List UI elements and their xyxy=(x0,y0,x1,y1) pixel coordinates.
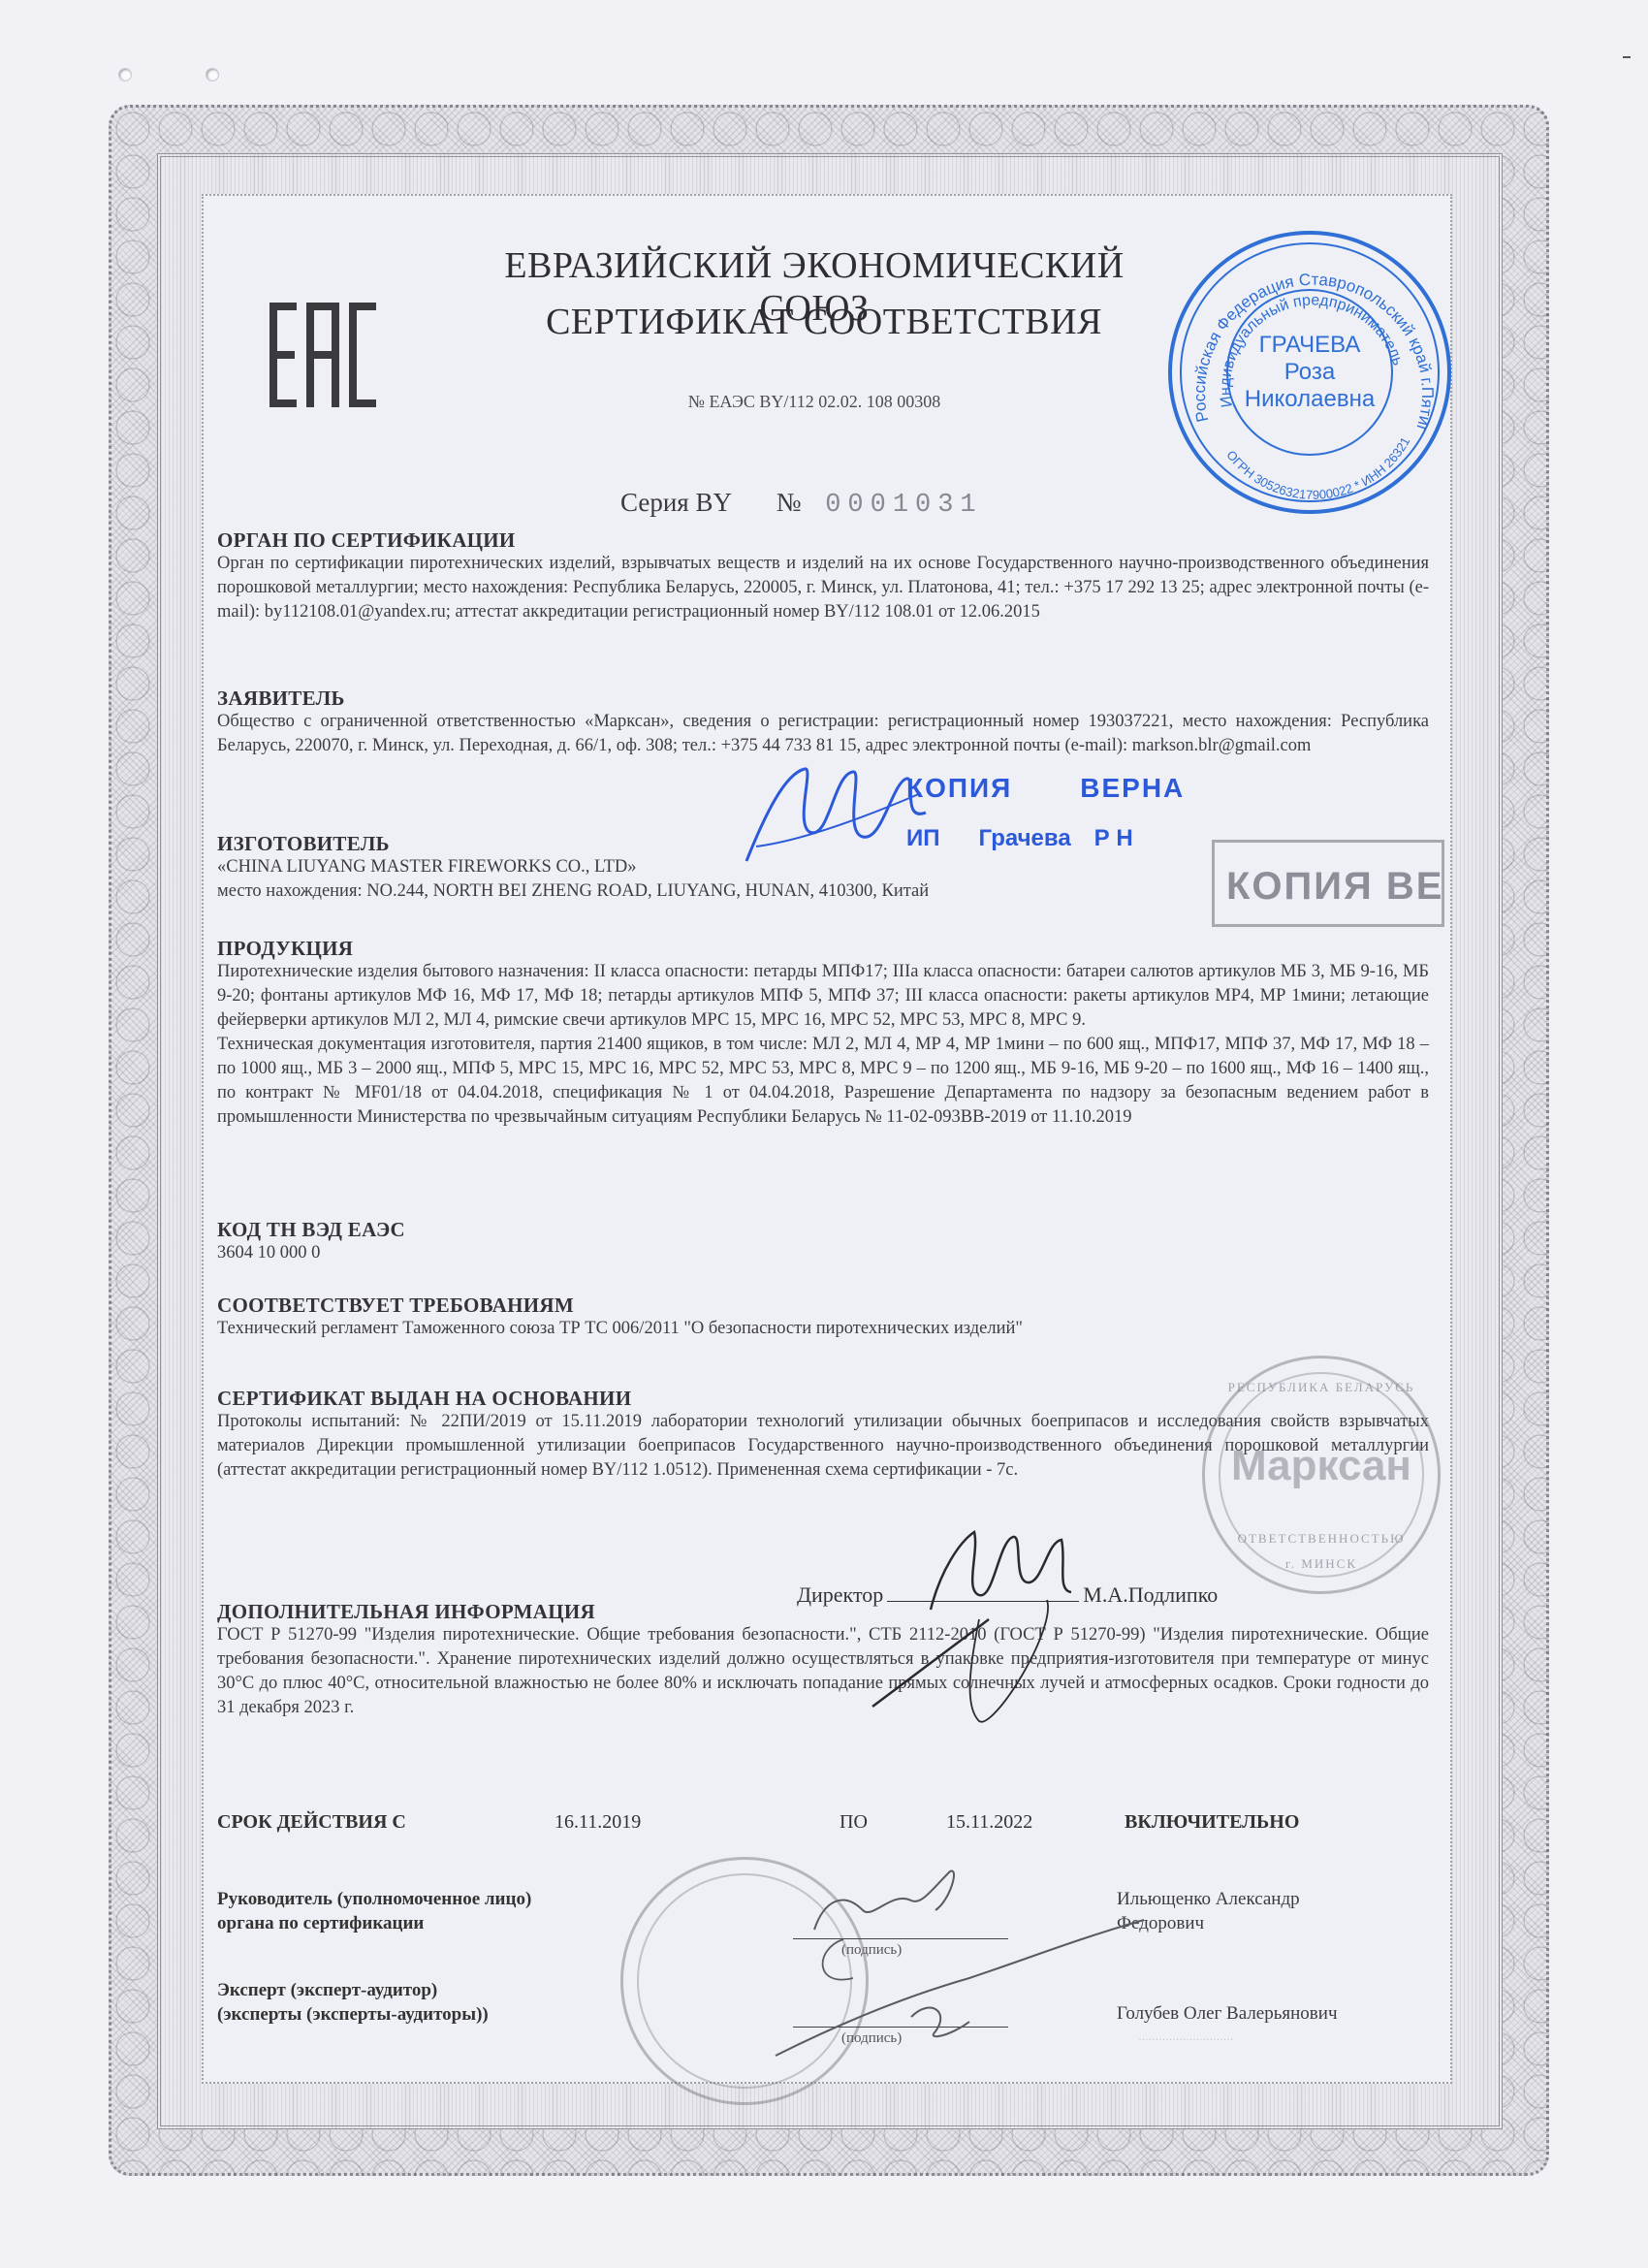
section-title: ОРГАН ПО СЕРТИФИКАЦИИ xyxy=(217,528,1429,552)
certified-word: ВЕРНА xyxy=(1080,773,1185,803)
ip-round-stamp: Российская Федерация Ставропольский край… xyxy=(1168,231,1451,514)
head-label-line1: Руководитель (уполномоченное лицо) xyxy=(217,1887,531,1911)
certificate-number: № ЕАЭС BY/112 02.02. 108 00308 xyxy=(601,392,1028,412)
head-label-line2: органа по сертификации xyxy=(217,1911,531,1935)
validity-from: 16.11.2019 xyxy=(555,1811,641,1834)
stamp-top-text: РЕСПУБЛИКА БЕЛАРУСЬ xyxy=(1205,1380,1438,1395)
stamp-center-name: ГРАЧЕВА Роза Николаевна xyxy=(1172,332,1447,413)
punch-hole-left xyxy=(118,68,132,81)
punch-hole-right xyxy=(206,68,219,81)
section-title: ДОПОЛНИТЕЛЬНАЯ ИНФОРМАЦИЯ xyxy=(217,1600,1429,1623)
stamp-surname: ГРАЧЕВА xyxy=(1172,332,1447,359)
validity-label: СРОК ДЕЙСТВИЯ С xyxy=(217,1811,406,1834)
stamp-center-text: Марксан xyxy=(1205,1442,1438,1490)
section-additional: ДОПОЛНИТЕЛЬНАЯ ИНФОРМАЦИЯ ГОСТ Р 51270-9… xyxy=(217,1600,1429,1720)
section-product: ПРОДУКЦИЯ Пиротехнические изделия бытово… xyxy=(217,937,1429,1130)
series-label: Серия BY xyxy=(620,488,731,517)
eac-logo-icon xyxy=(269,303,376,407)
validity-suffix: ВКЛЮЧИТЕЛЬНО xyxy=(1125,1811,1299,1834)
section-title: СООТВЕТСТВУЕТ ТРЕБОВАНИЯМ xyxy=(217,1294,1429,1317)
head-label: Руководитель (уполномоченное лицо) орган… xyxy=(217,1887,531,1935)
expert-handwritten-signatures xyxy=(756,1852,1163,2065)
copy-certified-grey-stamp: КОПИЯ ВЕРНА xyxy=(1212,840,1444,927)
section-text: Технический регламент Таможенного союза … xyxy=(217,1317,1429,1341)
product-documentation: Техническая документация изготовителя, п… xyxy=(217,1033,1429,1130)
expert-label: Эксперт (эксперт-аудитор) (эксперты (экс… xyxy=(217,1978,489,2027)
validity-to-label: ПО xyxy=(840,1811,868,1834)
section-requirements: СООТВЕТСТВУЕТ ТРЕБОВАНИЯМ Технический ре… xyxy=(217,1294,1429,1341)
ip-initials: Р Н xyxy=(1094,825,1133,851)
stamp-city: г. МИНСК xyxy=(1205,1556,1438,1572)
series-line: Серия BY № 0001031 xyxy=(620,488,1066,520)
blue-handwritten-signature xyxy=(737,754,931,871)
validity-to: 15.11.2022 xyxy=(946,1811,1032,1834)
section-text: ГОСТ Р 51270-99 "Изделия пиротехнические… xyxy=(217,1623,1429,1720)
certificate-title: СЕРТИФИКАТ СООТВЕТСТВИЯ xyxy=(523,301,1125,343)
applicant-round-stamp: РЕСПУБЛИКА БЕЛАРУСЬ Марксан ОТВЕТСТВЕННО… xyxy=(1202,1356,1441,1594)
eac-logo xyxy=(269,303,376,407)
copy-certified-stamp: КОПИЯВЕРНА ИПГрачеваР Н xyxy=(906,773,1185,852)
ip-surname: Грачева xyxy=(979,825,1071,851)
section-cert-body: ОРГАН ПО СЕРТИФИКАЦИИ Орган по сертифика… xyxy=(217,528,1429,624)
hs-code-value: 3604 10 000 0 xyxy=(217,1241,1429,1265)
series-no-sign: № xyxy=(776,488,802,517)
expert-label-line1: Эксперт (эксперт-аудитор) xyxy=(217,1978,489,2002)
section-text: Орган по сертификации пиротехнических из… xyxy=(217,552,1429,624)
section-title: ЗАЯВИТЕЛЬ xyxy=(217,687,1429,710)
series-number: 0001031 xyxy=(825,491,982,520)
section-applicant: ЗАЯВИТЕЛЬ Общество с ограниченной ответс… xyxy=(217,687,1429,758)
section-hs-code: КОД ТН ВЭД ЕАЭС 3604 10 000 0 xyxy=(217,1218,1429,1265)
section-title: КОД ТН ВЭД ЕАЭС xyxy=(217,1218,1429,1241)
stamp-bottom-text: ОТВЕТСТВЕННОСТЬЮ xyxy=(1205,1531,1438,1547)
expert-label-line2: (эксперты (эксперты-аудиторы)) xyxy=(217,2002,489,2027)
scan-mark xyxy=(1623,56,1631,58)
stamp-patronymic: Николаевна xyxy=(1172,386,1447,413)
director-handwritten-signature xyxy=(834,1513,1105,1745)
section-title: ПРОДУКЦИЯ xyxy=(217,937,1429,960)
product-description: Пиротехнические изделия бытового назначе… xyxy=(217,960,1429,1033)
stamp-first-name: Роза xyxy=(1172,359,1447,386)
section-text: Общество с ограниченной ответственностью… xyxy=(217,710,1429,758)
